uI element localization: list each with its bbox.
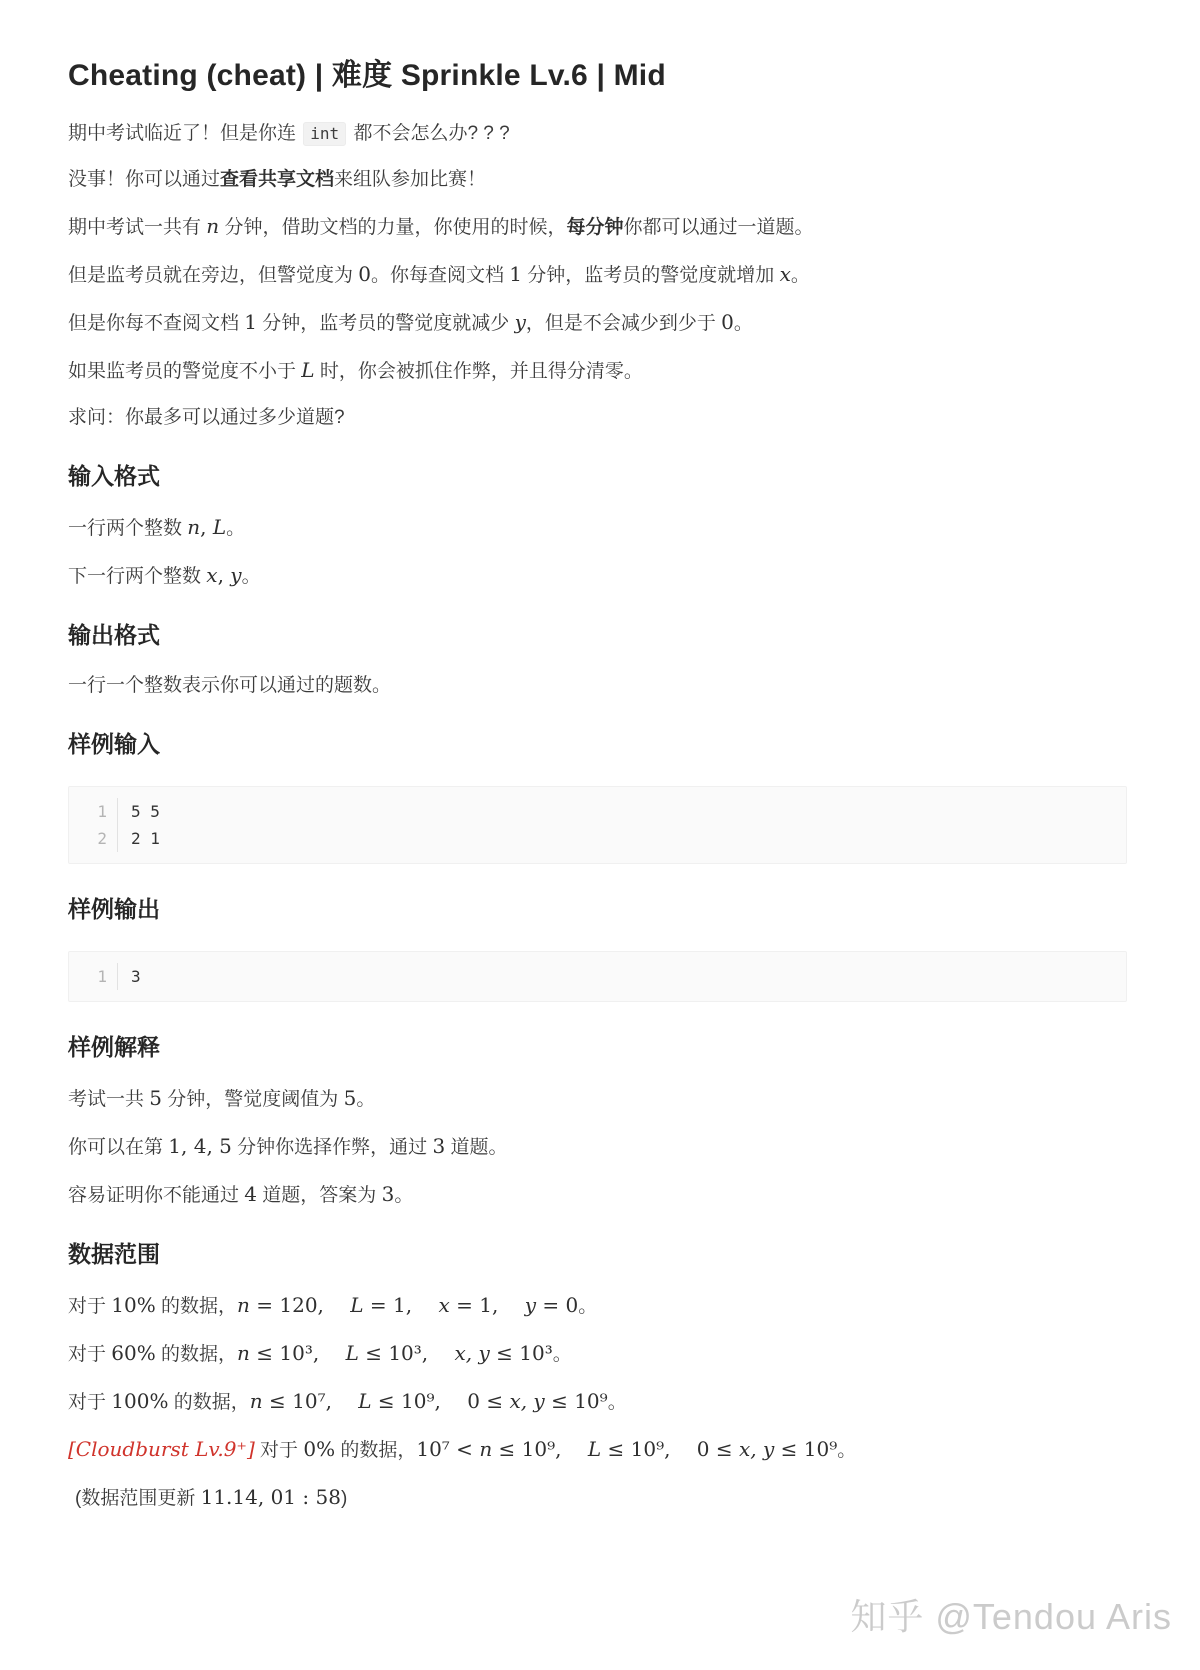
red-tag: [Cloudburst Lv.9⁺] (68, 1437, 255, 1461)
math-expression: 5 (149, 1086, 162, 1110)
output-format-paragraph: 一行一个整数表示你可以通过的题数。 (68, 673, 1127, 699)
code-line: 13 (69, 963, 1126, 990)
section-heading-sample-input: 样例输入 (68, 729, 1127, 759)
math-expression: ≤ 10⁹, (492, 1437, 588, 1461)
text-run: 。 (394, 1185, 413, 1206)
math-expression: ≤ 10³, (359, 1341, 455, 1365)
text-run: 分钟，监考员的警觉度就减少 (257, 313, 515, 334)
math-expression: 3 (382, 1182, 395, 1206)
math-variable: n (250, 1389, 263, 1413)
text-run: 一行一个整数表示你可以通过的题数。 (68, 675, 391, 696)
math-expression: ≤ 10⁹ (545, 1389, 608, 1413)
math-variable: n (237, 1341, 250, 1365)
data-range-paragraph: [Cloudburst Lv.9⁺] 对于 0% 的数据，10⁷ < n ≤ 1… (68, 1436, 1127, 1464)
text-run: 对于 (68, 1392, 111, 1413)
data-range-paragraph: 对于 100% 的数据，n ≤ 10⁷, L ≤ 10⁹, 0 ≤ x, y ≤… (68, 1388, 1127, 1416)
math-expression: = 0 (536, 1293, 578, 1317)
math-expression: ≤ 10³, (250, 1341, 346, 1365)
math-expression: ≤ 10⁷, (263, 1389, 359, 1413)
text-run: 但是监考员就在旁边，但警觉度为 (68, 265, 358, 286)
line-number: 1 (69, 798, 118, 825)
math-expression: 10% (111, 1293, 155, 1317)
math-expression: , (200, 515, 213, 539)
math-expression: ≤ 10³ (490, 1341, 553, 1365)
bold-text: 查看共享文档 (220, 169, 334, 190)
text-run: 求问：你最多可以通过多少道题? (68, 407, 345, 428)
text-run: 你都可以通过一道题。 (623, 217, 813, 238)
section-heading-output-format: 输出格式 (68, 620, 1127, 650)
text-run: 但是你每不查阅文档 (68, 313, 244, 334)
math-variable: L (588, 1437, 601, 1461)
math-expression: 0 (721, 310, 734, 334)
text-run: 的数据， (156, 1296, 237, 1317)
code-line: 22 1 (69, 825, 1126, 852)
math-variable: y (525, 1293, 536, 1317)
text-run: 。 (791, 265, 810, 286)
text-run: 。 (578, 1296, 597, 1317)
math-variable: x (206, 563, 217, 587)
math-expression: 1 (509, 262, 522, 286)
math-expression: 0 (358, 262, 371, 286)
math-variable: n (237, 1293, 250, 1317)
math-expression: 10⁷ < (416, 1437, 479, 1461)
data-range-update-note: (数据范围更新 11.14, 01 : 58) (68, 1484, 1127, 1512)
sample-output-code-block: 13 (68, 951, 1127, 1002)
line-number: 2 (69, 825, 118, 852)
text-run: (数据范围更新 (75, 1488, 201, 1509)
math-expression: , (218, 563, 231, 587)
text-run: 道题，答案为 (257, 1185, 382, 1206)
text-run: 。你每查阅文档 (371, 265, 509, 286)
text-run: 。 (242, 566, 261, 587)
text-run: 都不会怎么办? ? ? (348, 123, 510, 144)
text-run: 对于 (68, 1296, 111, 1317)
math-variable: n (187, 515, 200, 539)
data-range-paragraph: 对于 60% 的数据，n ≤ 10³, L ≤ 10³, x, y ≤ 10³。 (68, 1340, 1127, 1368)
intro-paragraph: 如果监考员的警觉度不小于 L 时，你会被抓住作弊，并且得分清零。 (68, 357, 1127, 385)
section-heading-data-range: 数据范围 (68, 1239, 1127, 1269)
math-expression: 100% (111, 1389, 168, 1413)
text-run: 对于 (255, 1440, 304, 1461)
problem-page: Cheating (cheat) | 难度 Sprinkle Lv.6 | Mi… (0, 0, 1200, 1512)
text-run: 时，你会被抓住作弊，并且得分清零。 (315, 361, 643, 382)
math-expression: = 1, (450, 1293, 525, 1317)
code-text: 5 5 (118, 798, 160, 825)
math-variable: x (780, 262, 791, 286)
intro-paragraph: 但是你每不查阅文档 1 分钟，监考员的警觉度就减少 y，但是不会减少到少于 0。 (68, 309, 1127, 337)
text-run: 道题。 (445, 1137, 507, 1158)
text-run: 来组队参加比赛！ (334, 169, 486, 190)
math-variable: x, y (455, 1341, 490, 1365)
math-expression: 4 (244, 1182, 257, 1206)
text-run: ) (341, 1488, 347, 1509)
section-heading-sample-explain: 样例解释 (68, 1032, 1127, 1062)
code-text: 2 1 (118, 825, 160, 852)
text-run: 的数据， (335, 1440, 416, 1461)
math-variable: L (346, 1341, 359, 1365)
math-expression: 1 (244, 310, 257, 334)
text-run: 。 (837, 1440, 856, 1461)
math-variable: L (350, 1293, 363, 1317)
math-variable: n (479, 1437, 492, 1461)
math-variable: y (515, 310, 526, 334)
text-run: 一行两个整数 (68, 518, 187, 539)
explain-paragraph: 容易证明你不能通过 4 道题，答案为 3。 (68, 1181, 1127, 1209)
inline-code: int (303, 122, 346, 146)
math-expression: ≤ 10⁹ (774, 1437, 837, 1461)
line-number: 1 (69, 963, 118, 990)
math-variable: y (230, 563, 241, 587)
text-run: 如果监考员的警觉度不小于 (68, 361, 301, 382)
text-run: 。 (608, 1392, 627, 1413)
section-heading-sample-output: 样例输出 (68, 894, 1127, 924)
math-variable: L (213, 515, 226, 539)
math-expression: ≤ 10⁹, 0 ≤ (601, 1437, 739, 1461)
text-run: 期中考试临近了！但是你连 (68, 123, 301, 144)
explain-paragraph: 你可以在第 1, 4, 5 分钟你选择作弊，通过 3 道题。 (68, 1133, 1127, 1161)
math-variable: x, y (739, 1437, 774, 1461)
text-run: 下一行两个整数 (68, 566, 206, 587)
text-run: 。 (356, 1089, 375, 1110)
intro-paragraph: 没事！你可以通过查看共享文档来组队参加比赛！ (68, 167, 1127, 193)
text-run: 分钟你选择作弊，通过 (232, 1137, 433, 1158)
intro-paragraph: 但是监考员就在旁边，但警觉度为 0。你每查阅文档 1 分钟，监考员的警觉度就增加… (68, 261, 1127, 289)
text-run: 容易证明你不能通过 (68, 1185, 244, 1206)
sample-input-code-block: 15 522 1 (68, 786, 1127, 864)
math-expression: 3 (432, 1134, 445, 1158)
math-variable: x (438, 1293, 449, 1317)
math-expression: 5 (344, 1086, 357, 1110)
math-variable: L (358, 1389, 371, 1413)
explain-paragraph: 考试一共 5 分钟，警觉度阈值为 5。 (68, 1085, 1127, 1113)
text-run: 分钟，监考员的警觉度就增加 (522, 265, 780, 286)
math-expression: = 120, (250, 1293, 350, 1317)
code-text: 3 (118, 963, 141, 990)
text-run: 。 (734, 313, 753, 334)
intro-paragraph: 求问：你最多可以通过多少道题? (68, 405, 1127, 431)
text-run: ，但是不会减少到少于 (526, 313, 721, 334)
text-run: 期中考试一共有 (68, 217, 206, 238)
text-run: 你可以在第 (68, 1137, 168, 1158)
text-run: 分钟，警觉度阈值为 (162, 1089, 344, 1110)
math-expression: = 1, (364, 1293, 439, 1317)
problem-title: Cheating (cheat) | 难度 Sprinkle Lv.6 | Mi… (68, 58, 1127, 94)
math-expression: 60% (111, 1341, 155, 1365)
math-expression: 0% (303, 1437, 335, 1461)
text-run: 对于 (68, 1344, 111, 1365)
input-format-paragraph: 一行两个整数 n, L。 (68, 514, 1127, 542)
math-variable: x, y (509, 1389, 544, 1413)
bold-text: 每分钟 (566, 217, 623, 238)
math-expression: 11.14, 01 : 58 (201, 1485, 341, 1509)
text-run: 分钟，借助文档的力量，你使用的时候， (219, 217, 566, 238)
intro-paragraph: 期中考试临近了！但是你连 int 都不会怎么办? ? ? (68, 121, 1127, 147)
text-run: 没事！你可以通过 (68, 169, 220, 190)
zhihu-watermark: 知乎 @Tendou Aris (850, 1597, 1172, 1637)
code-line: 15 5 (69, 798, 1126, 825)
math-expression: ≤ 10⁹, 0 ≤ (372, 1389, 510, 1413)
math-expression: 1, 4, 5 (168, 1134, 232, 1158)
section-heading-input-format: 输入格式 (68, 461, 1127, 491)
math-variable: L (301, 358, 314, 382)
data-range-paragraph: 对于 10% 的数据，n = 120, L = 1, x = 1, y = 0。 (68, 1292, 1127, 1320)
math-variable: n (206, 214, 219, 238)
text-run: 考试一共 (68, 1089, 149, 1110)
text-run: 的数据， (156, 1344, 237, 1365)
text-run: 。 (226, 518, 245, 539)
text-run: 的数据， (168, 1392, 249, 1413)
input-format-paragraph: 下一行两个整数 x, y。 (68, 562, 1127, 590)
intro-paragraph: 期中考试一共有 n 分钟，借助文档的力量，你使用的时候，每分钟你都可以通过一道题… (68, 213, 1127, 241)
text-run: 。 (553, 1344, 572, 1365)
